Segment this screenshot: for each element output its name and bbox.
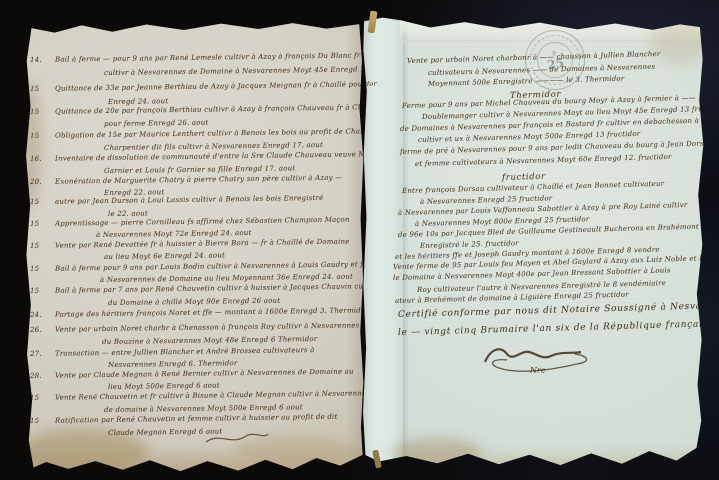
- heading-text: fructidor: [502, 172, 546, 183]
- registry-entry-continuation: du Domaine à chillé Moyt 90e Enregd 26 a…: [108, 298, 280, 307]
- registry-entry: 15Quittance de 20e par françois Berthiau…: [30, 104, 379, 116]
- registry-entry: 15Quittance de 33e par Jeanne Berthiau d…: [30, 81, 390, 93]
- registry-entry: 15Vente René Chauvetin et fr cultivr à B…: [30, 390, 370, 402]
- entry-text: Garnier et Louis fr Garnier sa fille Enr…: [104, 164, 295, 175]
- registry-entry: 15Bail à ferme pour 9 ans par Louis Bodi…: [30, 261, 397, 273]
- entry-text: pour ferme Enregd 26. aout: [104, 119, 209, 128]
- entry-text: au lieu Moyt 6e Enregd 24. aout: [104, 251, 225, 261]
- paper-stain: [24, 444, 364, 472]
- entry-day: 15: [30, 395, 55, 402]
- registry-entry: 14.Bail à ferme — pour 9 ans par René Le…: [30, 52, 360, 64]
- entry-text: Partage des héritiers françois Noret et …: [55, 306, 369, 318]
- registry-entry: 15Apprentissage — pierre Cornilleau fs a…: [30, 217, 350, 228]
- entry-text: du Domaine à chillé Moyt 90e Enregd 26 a…: [108, 297, 280, 307]
- registry-entry: 15Ratification par René Chauvetin et fem…: [30, 414, 338, 425]
- entry-text: Quittance de 33e par Jeanne Berthiau de …: [55, 80, 390, 93]
- entry-text: et femme cultivateurs à Nesvarennes Moyt…: [415, 153, 672, 168]
- entry-text: Quittance de 20e par françois Berthiau c…: [55, 103, 379, 116]
- registry-entry-continuation: Garnier et Louis fr Garnier sa fille Enr…: [104, 165, 295, 175]
- entry-text: de domaine à Nesvarennes Moyt 500e Enreg…: [104, 403, 303, 414]
- certification-line: Certifié conforme par nous dit Notaire S…: [398, 301, 719, 320]
- registry-entry: Entre françois Dorsau cultivateur à Chai…: [402, 181, 664, 195]
- margin-fragment: dor: [365, 81, 377, 88]
- certification-text: le — vingt cinq Brumaire l'an six de la …: [398, 319, 719, 338]
- entry-text: Bail à ferme pour 9 ans par Louis Bodin …: [55, 260, 397, 273]
- entry-text: à Nesvarennes Moyt 72e Enregd 24. aout: [96, 229, 252, 239]
- registry-entry: 15Vente par René Devattée fr à huissier …: [30, 239, 350, 250]
- end-flourish: [202, 430, 272, 446]
- entry-day: 14.: [30, 57, 55, 64]
- registry-entry: 26.Vente par urbain Noret charbr à Chena…: [30, 322, 359, 334]
- registry-entry-continuation: le 22. aout: [108, 210, 148, 218]
- entry-text: Moyennant 500e Enregistré ———— le 3. The…: [428, 75, 625, 88]
- entry-day: 27.: [30, 351, 55, 358]
- paper-stain: [400, 446, 704, 466]
- entry-text: cultivr à Nesvarennes de Domaine à Nesva…: [104, 65, 388, 77]
- registry-entry: 16.Inventaire de dissolution de communau…: [30, 151, 384, 163]
- fragment-text: dor: [365, 80, 377, 88]
- entry-text: Charpentier dit fils cultivr à Nesvarenn…: [104, 141, 323, 152]
- entry-text: Exonération de Marguerite Chatry à pierr…: [55, 174, 342, 186]
- registry-entry-continuation: Moyennant 500e Enregistré ———— le 3. The…: [428, 76, 625, 88]
- registry-entry: 24.Partage des héritiers françois Noret …: [30, 307, 369, 319]
- entry-text: Transaction — entre Jullien Blancher et …: [55, 346, 315, 358]
- entry-text: Obligation de 15e par Maurice Lenthert c…: [55, 127, 374, 139]
- entry-text: autre par Jean Durson à Loui Lassis cult…: [55, 194, 323, 206]
- entry-text: Ratification par René Chauvetin et femme…: [55, 413, 338, 425]
- archival-manuscript-scan: 14.Bail à ferme — pour 9 ans par René Le…: [0, 0, 719, 480]
- paper-stain: [16, 80, 42, 210]
- entry-day: 15: [30, 418, 55, 425]
- registry-entry-continuation: au lieu Moyt 6e Enregd 24. aout: [104, 252, 225, 261]
- month-heading-fructidor: fructidor: [502, 173, 546, 183]
- entry-text: Nesvarennes Enregd 6. Thermidor: [108, 359, 238, 369]
- registry-entry-continuation: Nesvarennes Enregd 6. Thermidor: [108, 360, 238, 369]
- entry-day: 15: [30, 109, 55, 116]
- registry-entry-continuation: du Bouzine à Nesvarennes Moyt 48e Enregd…: [102, 336, 317, 346]
- registry-entry: 27.Transaction — entre Jullien Blancher …: [30, 347, 315, 358]
- registry-entry-continuation: cultivr à Nesvarennes de Domaine à Nesva…: [104, 66, 388, 77]
- entry-text: lieu Moyt 500e Enregd 6 aout: [108, 381, 220, 391]
- entry-text: du Bouzine à Nesvarennes Moyt 48e Enregd…: [102, 335, 317, 346]
- entry-day: 24.: [30, 312, 55, 319]
- entry-day: 15: [30, 288, 55, 295]
- registry-entry-continuation: lieu Moyt 500e Enregd 6 aout: [108, 382, 220, 391]
- right-page: ⚜ 25 Vente par urbain Noret charbonr à —…: [362, 14, 704, 466]
- entry-day: 26.: [30, 327, 55, 334]
- registry-entry-continuation: Enregistré le 25. fructidor: [420, 240, 519, 250]
- entry-day: 15: [30, 86, 55, 93]
- registry-entry: 15autre par Jean Durson à Loui Lassis cu…: [30, 195, 323, 206]
- entry-text: Vente René Chauvetin et fr cultivr à Bis…: [55, 389, 370, 401]
- registry-entry: 20.Exonération de Marguerite Chatry à pi…: [30, 175, 342, 186]
- entry-text: Vente par René Devattée fr à huissier à …: [55, 238, 350, 250]
- entry-text: Bail à ferme — pour 9 ans par René Lemes…: [55, 51, 360, 63]
- entry-text: Vente par urbain Noret charbr à Chenasso…: [55, 321, 359, 333]
- entry-day: 15: [30, 266, 55, 273]
- entry-text: Enregistré le 25. fructidor: [420, 239, 519, 250]
- entry-day: 15: [30, 133, 55, 140]
- entry-day: 15: [30, 221, 55, 228]
- registry-entry-continuation: Enregd 24. aout: [108, 98, 168, 106]
- entry-text: Vente par Claude Megnan à René Bernier c…: [55, 367, 354, 379]
- entry-day: 16.: [30, 156, 55, 163]
- entry-day: 15: [30, 243, 55, 250]
- registry-entry-continuation: à Nesvarennes Moyt 72e Enregd 24. aout: [96, 230, 252, 239]
- entry-text: le 22. aout: [108, 209, 148, 218]
- entry-text: Apprentissage — pierre Cornilleau fs aff…: [55, 216, 350, 228]
- certification-line: le — vingt cinq Brumaire l'an six de la …: [398, 320, 719, 338]
- entry-text: Enregd 24. aout: [108, 97, 168, 106]
- registry-entry: 15Obligation de 15e par Maurice Lenthert…: [30, 128, 374, 140]
- registry-entry: 28.Vente par Claude Megnan à René Bernie…: [30, 368, 354, 380]
- entry-day: 28.: [30, 373, 55, 380]
- registry-entry-continuation: pour ferme Enregd 26. aout: [104, 120, 209, 128]
- entry-day: 20.: [30, 179, 55, 186]
- left-page: 14.Bail à ferme — pour 9 ans par René Le…: [24, 20, 364, 472]
- registry-entry-continuation: de domaine à Nesvarennes Moyt 500e Enreg…: [104, 404, 303, 414]
- notary-signature: [477, 340, 597, 380]
- entry-day: 15: [30, 199, 55, 206]
- registry-entry-continuation: et femme cultivateurs à Nesvarennes Moyt…: [415, 154, 672, 168]
- registry-entry: 15Bail à ferme par 7 ans par René Chauve…: [30, 283, 414, 295]
